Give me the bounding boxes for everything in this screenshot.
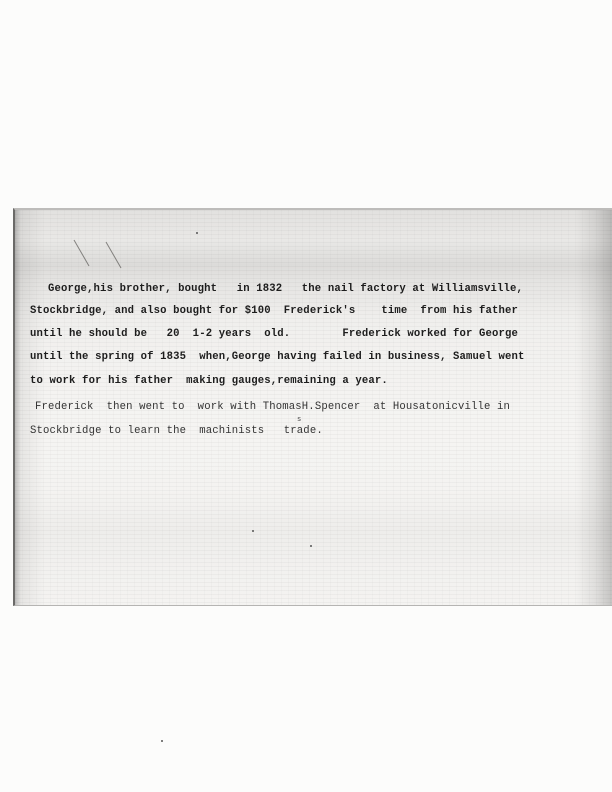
- typed-line-4: until the spring of 1835 when,George hav…: [30, 352, 525, 363]
- typed-line-5: to work for his father making gauges,rem…: [30, 376, 388, 387]
- typed-line-3: until he should be 20 1-2 years old. Fre…: [30, 329, 518, 340]
- scan-streak-mark: [106, 242, 122, 268]
- speck: [196, 232, 198, 234]
- scan-streak-mark: [74, 240, 90, 266]
- speck: [161, 740, 163, 742]
- insertion-mark: s: [297, 416, 301, 424]
- typed-line-1: George,his brother, bought in 1832 the n…: [48, 284, 523, 295]
- typed-line-7: Stockbridge to learn the machinists trad…: [30, 426, 323, 437]
- speck: [252, 530, 254, 532]
- typed-line-6: Frederick then went to work with ThomasH…: [35, 402, 510, 413]
- document-page: George,his brother, bought in 1832 the n…: [0, 0, 612, 792]
- typed-line-2: Stockbridge, and also bought for $100 Fr…: [30, 306, 518, 317]
- speck: [310, 545, 312, 547]
